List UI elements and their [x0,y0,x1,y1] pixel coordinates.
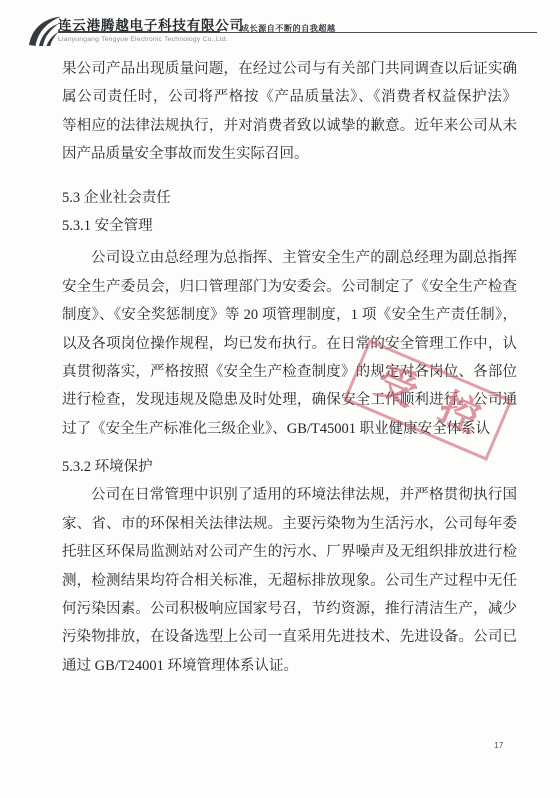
paragraph-line: 因产品质量安全事故而发生实际召回。 [62,140,517,168]
paragraph-environment: 公司在日常管理中识别了适用的环境法律法规，并严格贯彻执行国 家、省、市的环保相关… [62,481,517,680]
paragraph-line: 公司在日常管理中识别了适用的环境法律法规，并严格贯彻执行国 [62,481,517,509]
paragraph-line: 进行检查，发现违规及隐患及时处理，确保安全工作顺利进行。公司通 [62,386,517,414]
document-body: 果公司产品出现质量问题，在经过公司与有关部门共同调查以后证实确 属公司责任时，公… [62,55,517,680]
company-name-en: Lianyungang Tengyue Electronic Technolog… [58,36,228,43]
header-rule-thick [58,31,220,33]
paragraph-safety: 公司设立由总经理为总指挥、主管安全生产的副总经理为副总指挥 安全生产委员会，归口… [62,244,517,443]
page-number: 17 [494,740,503,750]
paragraph-line: 果公司产品出现质量问题，在经过公司与有关部门共同调查以后证实确 [62,55,517,83]
section-heading-5-3-1: 5.3.1 安全管理 [62,212,517,240]
section-heading-5-3: 5.3 企业社会责任 [62,184,517,212]
paragraph-line: 污染物排放，在设备选型上公司一直采用先进技术、先进设备。公司已 [62,623,517,651]
paragraph-line: 安全生产委员会，归口管理部门为安委会。公司制定了《安全生产检查 [62,273,517,301]
document-page: 连云港腾越电子科技有限公司 成长源自不断的自我超越 Lianyungang Te… [0,0,560,798]
paragraph-line: 制度》、《安全奖惩制度》等 20 项管理制度，1 项《安全生产责任制》， [62,301,517,329]
paragraph-line: 属公司责任时，公司将严格按《产品质量法》、《消费者权益保护法》 [62,83,517,111]
paragraph-line: 通过 GB/T24001 环境管理体系认证。 [62,652,517,680]
paragraph-line: 家、省、市的环保相关法律法规。主要污染物为生活污水，公司每年委 [62,510,517,538]
paragraph-line: 测，检测结果均符合相关标准，无超标排放现象。公司生产过程中无任 [62,567,517,595]
company-logo-icon [28,15,62,52]
paragraph-line: 公司设立由总经理为总指挥、主管安全生产的副总经理为副总指挥 [62,244,517,272]
paragraph-line: 何污染因素。公司积极响应国家号召，节约资源，推行清洁生产，减少 [62,595,517,623]
section-heading-5-3-2: 5.3.2 环境保护 [62,453,517,481]
paragraph-line: 过了《安全生产标准化三级企业》、GB/T45001 职业健康安全体系认证。 [62,415,517,443]
paragraph-line: 以及各项岗位操作规程，均已发布执行。在日常的安全管理工作中，认 [62,330,517,358]
paragraph-line: 真贯彻落实，严格按照《安全生产检查制度》的规定对各岗位、各部位 [62,358,517,386]
paragraph-line: 等相应的法律法规执行，并对消费者致以诚挚的歉意。近年来公司从未 [62,112,517,140]
paragraph-line: 托驻区环保局监测站对公司产生的污水、厂界噪声及无组织排放进行检 [62,538,517,566]
